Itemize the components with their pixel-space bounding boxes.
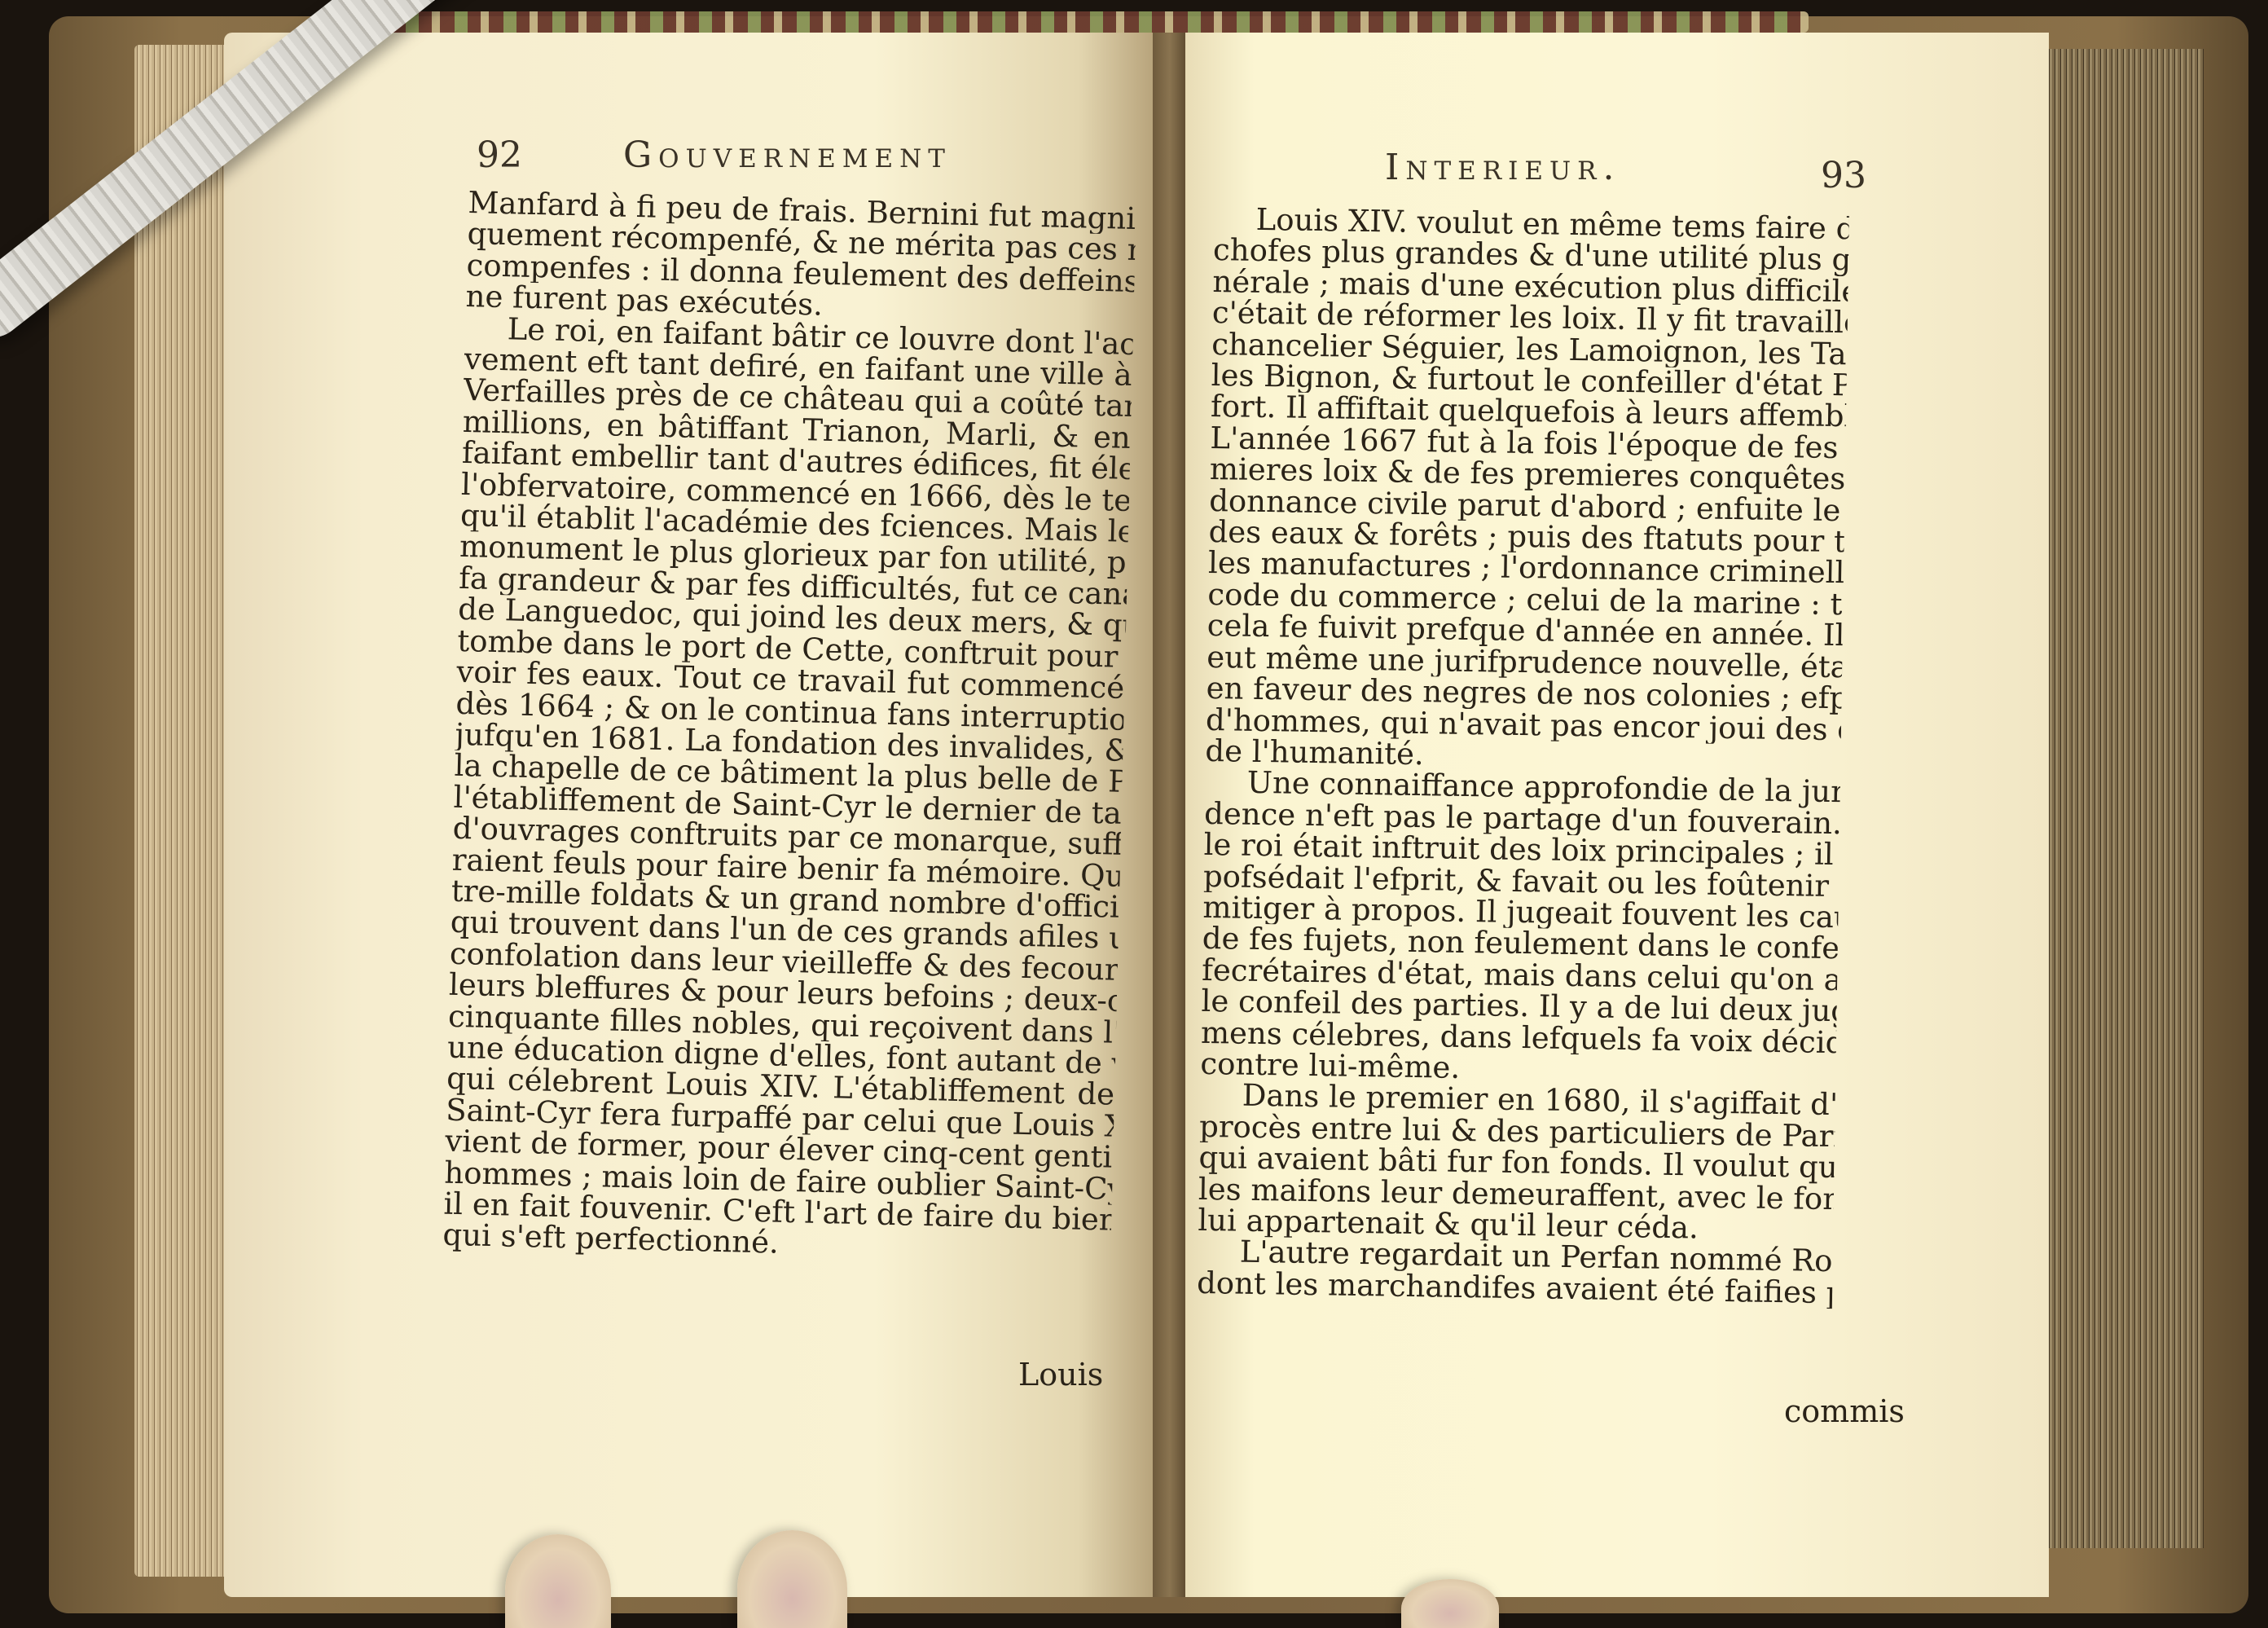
running-head-left: Gouvernement <box>623 134 952 176</box>
left-page: 92 Gouvernement Manfard à fi peu de frai… <box>224 33 1153 1597</box>
page-edges-right <box>2041 49 2204 1548</box>
book-headband <box>342 11 1809 33</box>
page-number-right: 93 <box>1821 155 1866 196</box>
page-number-left: 92 <box>477 134 522 176</box>
right-page: Interieur. 93 Louis XIV. voulut en même … <box>1185 33 2049 1597</box>
right-page-text: Louis XIV. voulut en même tems faire des… <box>1197 204 1849 1309</box>
book-gutter <box>1153 33 1187 1597</box>
left-page-text: Manfard à fi peu de frais. Bernini fut m… <box>442 187 1136 1267</box>
catchword-right: commis <box>1784 1393 1905 1429</box>
running-head-right: Interieur. <box>1385 147 1620 188</box>
catchword-left: Louis <box>1018 1357 1103 1393</box>
